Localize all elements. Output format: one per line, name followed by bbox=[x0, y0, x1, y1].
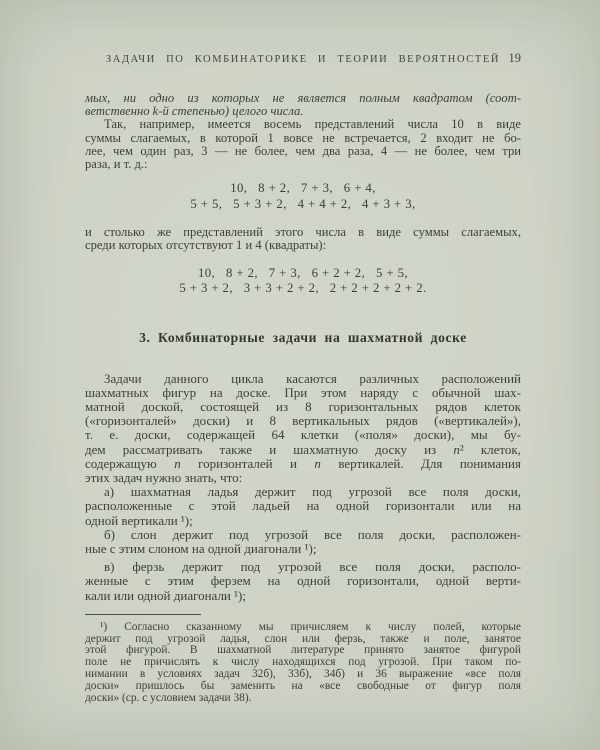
book-page: ЗАДАЧИ ПО КОМБИНАТОРИКЕ И ТЕОРИИ ВЕРОЯТН… bbox=[0, 0, 600, 750]
text-line: т. е. доски, содержащей 64 клетки («поля… bbox=[85, 428, 521, 442]
text-line: кали или одной диагонали ¹); bbox=[85, 589, 521, 603]
text-line: Так, например, имеется восемь представле… bbox=[85, 118, 521, 131]
representations-formula-1: 10, 8 + 2, 7 + 3, 6 + 4,5 + 5, 5 + 3 + 2… bbox=[85, 181, 521, 212]
formula-line: 5 + 5, 5 + 3 + 2, 4 + 4 + 2, 4 + 3 + 3, bbox=[85, 197, 521, 213]
text-line: ¹) Согласно сказанному мы причисляем к ч… bbox=[85, 622, 521, 634]
text-line: ные с этим слоном на одной диагонали ¹); bbox=[85, 542, 521, 556]
text-line: («горизонталей» доски) и 8 вертикальных … bbox=[85, 414, 521, 428]
text-line: одной вертикали ¹); bbox=[85, 514, 521, 528]
text-line: б) слон держит под угрозой все поля доск… bbox=[85, 528, 521, 542]
text-line: в) ферзь держит под угрозой все поля дос… bbox=[85, 560, 521, 574]
text-line: матной доской, состоящей из 8 горизонтал… bbox=[85, 400, 521, 414]
text-line: шахматных фигур на доске. При этом наряд… bbox=[85, 386, 521, 400]
text-line: Задачи данного цикла касаются различных … bbox=[85, 372, 521, 386]
section-heading: 3. Комбинаторные задачи на шахматной дос… bbox=[85, 330, 521, 346]
text-line: суммы слагаемых, в которой 1 вовсе не вс… bbox=[85, 132, 521, 145]
formula-line: 10, 8 + 2, 7 + 3, 6 + 2 + 2, 5 + 5, bbox=[85, 266, 521, 282]
text-line: а) шахматная ладья держит под угрозой вс… bbox=[85, 485, 521, 499]
text-line: содержащую n горизонталей и n вертикалей… bbox=[85, 457, 521, 471]
text-column: ЗАДАЧИ ПО КОМБИНАТОРИКЕ И ТЕОРИИ ВЕРОЯТН… bbox=[85, 54, 521, 704]
text-line: раза, и т. д.: bbox=[85, 158, 521, 171]
formula-line: 10, 8 + 2, 7 + 3, 6 + 4, bbox=[85, 181, 521, 197]
second-representations-paragraph: и столько же представлений этого числа в… bbox=[85, 226, 521, 252]
page-number: 19 bbox=[509, 51, 522, 66]
running-header: ЗАДАЧИ ПО КОМБИНАТОРИКЕ И ТЕОРИИ ВЕРОЯТН… bbox=[85, 54, 521, 65]
text-line: расположенные с этой ладьей на одной гор… bbox=[85, 499, 521, 513]
text-line: доски» пришлось бы заменить на «все своб… bbox=[85, 681, 521, 693]
text-line: лее, чем один раз, 3 — не более, чем два… bbox=[85, 145, 521, 158]
item-b-paragraph: б) слон держит под угрозой все поля доск… bbox=[85, 528, 521, 556]
example-intro-paragraph: Так, например, имеется восемь представле… bbox=[85, 118, 521, 171]
item-a-paragraph: а) шахматная ладья держит под угрозой вс… bbox=[85, 485, 521, 528]
text-line: этих задач нужно знать, что: bbox=[85, 471, 521, 485]
chapter-intro-paragraph: Задачи данного цикла касаются различных … bbox=[85, 372, 521, 486]
text-line: дем рассматривать также и шахматную доск… bbox=[85, 443, 521, 457]
problem-continuation-paragraph: мых, ни одно из которых не является полн… bbox=[85, 92, 521, 118]
formula-line: 5 + 3 + 2, 3 + 3 + 2 + 2, 2 + 2 + 2 + 2 … bbox=[85, 281, 521, 297]
text-line: доски» (ср. с условием задачи 38). bbox=[85, 693, 521, 705]
item-v-paragraph: в) ферзь держит под угрозой все поля дос… bbox=[85, 560, 521, 603]
footnote-paragraph: ¹) Согласно сказанному мы причисляем к ч… bbox=[85, 622, 521, 705]
footnote-separator bbox=[85, 614, 201, 615]
page-header-title: ЗАДАЧИ ПО КОМБИНАТОРИКЕ И ТЕОРИИ ВЕРОЯТН… bbox=[106, 54, 500, 65]
page-content: мых, ни одно из которых не является полн… bbox=[85, 92, 521, 704]
text-line: среди которых отсутствуют 1 и 4 (квадрат… bbox=[85, 239, 521, 252]
representations-formula-2: 10, 8 + 2, 7 + 3, 6 + 2 + 2, 5 + 5,5 + 3… bbox=[85, 266, 521, 297]
text-line: женные с этим ферзем на одной горизонтал… bbox=[85, 574, 521, 588]
